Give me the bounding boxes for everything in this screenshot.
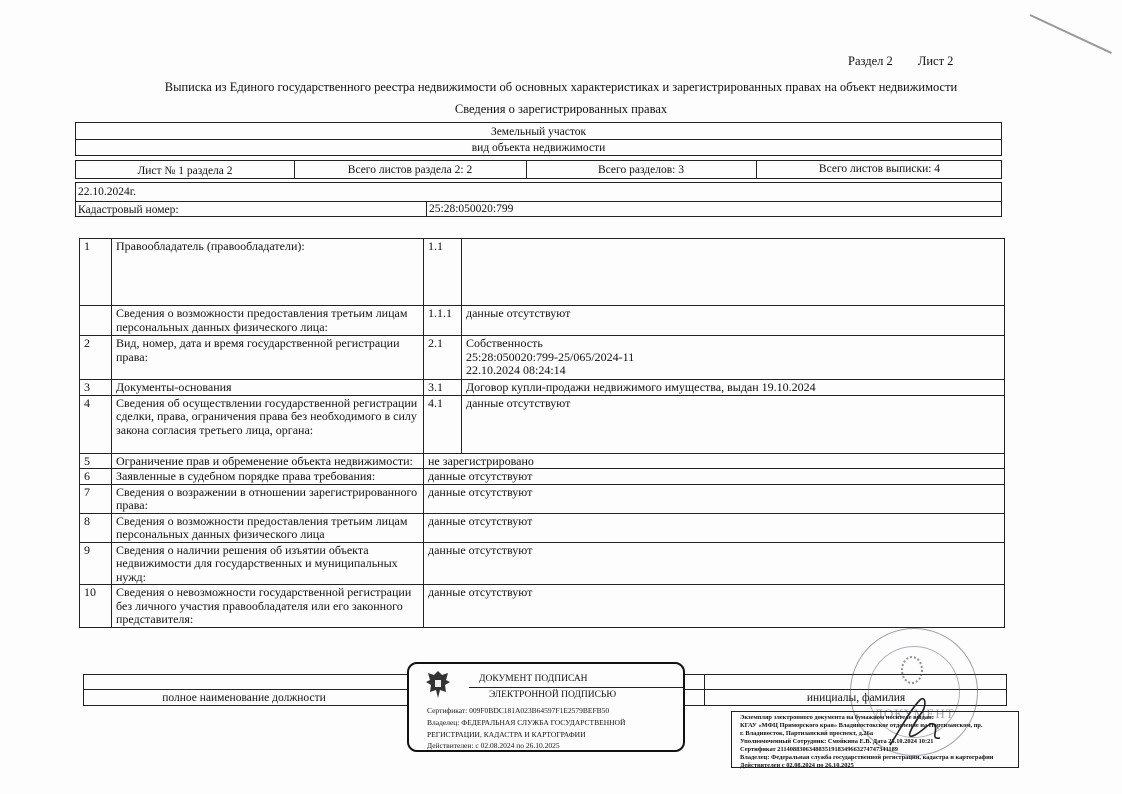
- copy-line-3: г. Владивосток, Партизанский проспект, д…: [740, 730, 1018, 738]
- copy-line-7: Действителен с 02.08.2024 по 26.10.2025: [740, 762, 1018, 770]
- row-value: данные отсутствуют: [424, 585, 1005, 628]
- table-row: 4 Сведения об осуществлении государствен…: [80, 395, 1005, 453]
- table-row: 7 Сведения о возражении в отношении заре…: [80, 484, 1005, 513]
- seal-emblem-icon: [896, 652, 928, 688]
- rights-table: 1 Правообладатель (правообладатели): 1.1…: [79, 238, 1005, 628]
- signed-line-1: ДОКУМЕНТ ПОДПИСАН: [479, 674, 588, 684]
- row-number: 9: [80, 542, 112, 585]
- scan-artifact-mark: [1030, 14, 1112, 54]
- row-number: 3: [80, 380, 112, 396]
- row-label: Сведения об осуществлении государственно…: [112, 395, 424, 453]
- row-value: данные отсутствуют: [424, 542, 1005, 585]
- row-number: 8: [80, 513, 112, 542]
- table-row: 3 Документы-основания 3.1 Договор купли-…: [80, 380, 1005, 396]
- row-number: 7: [80, 484, 112, 513]
- copy-line-5: Сертификат 21140883063488351918349663274…: [740, 746, 1018, 754]
- sheet-info-row: Лист № 1 раздела 2 Всего листов раздела …: [75, 160, 1002, 179]
- object-type-box: Земельный участок вид объекта недвижимос…: [75, 122, 1002, 156]
- row-label: Ограничение прав и обременение объекта н…: [112, 453, 424, 469]
- row-value: не зарегистрировано: [424, 453, 1005, 469]
- row-value: данные отсутствуют: [424, 513, 1005, 542]
- cadastral-number: 25:28:050020:799: [429, 203, 513, 216]
- row-number: [80, 306, 112, 336]
- registration-number: 25:28:050020:799-25/065/2024-11: [466, 351, 1001, 365]
- row-number: 10: [80, 585, 112, 628]
- table-row: 6 Заявленные в судебном порядке права тр…: [80, 469, 1005, 485]
- copy-line-1: Экземпляр электронного документа на бума…: [740, 714, 1018, 722]
- table-row: Сведения о возможности предоставления тр…: [80, 306, 1005, 336]
- sheet-of-section: Лист № 1 раздела 2: [76, 164, 294, 178]
- right-type: Собственность: [466, 337, 1001, 351]
- row-label: Сведения о наличии решения об изъятии об…: [112, 542, 424, 585]
- row-code: 2.1: [424, 336, 462, 380]
- sheet-label: Лист 2: [918, 54, 954, 68]
- row-value: данные отсутствуют: [424, 484, 1005, 513]
- document-title: Выписка из Единого государственного реес…: [0, 80, 1122, 95]
- row-number: 6: [80, 469, 112, 485]
- section-sheet-header: Раздел 2 Лист 2: [848, 54, 953, 69]
- cadastral-label: Кадастровый номер:: [78, 204, 179, 217]
- certificate-owner-2: РЕГИСТРАЦИИ, КАДАСТРА И КАРТОГРАФИИ: [427, 730, 586, 739]
- row-number: 1: [80, 239, 112, 306]
- signed-line-2: ЭЛЕКТРОННОЙ ПОДПИСЬЮ: [489, 690, 616, 700]
- table-row: 8 Сведения о возможности предоставления …: [80, 513, 1005, 542]
- row-number: 2: [80, 336, 112, 380]
- extract-date: 22.10.2024г.: [78, 186, 136, 199]
- copy-line-4: Уполномоченный Сотрудник: Смойкина Е.В. …: [740, 738, 1018, 746]
- table-row: 9 Сведения о наличии решения об изъятии …: [80, 542, 1005, 585]
- row-code: 3.1: [424, 380, 462, 396]
- section-label: Раздел 2: [848, 54, 893, 68]
- certificate-number: Сертификат: 009F0BDC181A023B64597F1E2579…: [427, 706, 609, 715]
- registration-datetime: 22.10.2024 08:24:14: [466, 364, 1001, 378]
- total-sections: Всего разделов: 3: [526, 163, 756, 177]
- copy-line-6: Владелец: Федеральная служба государстве…: [740, 754, 1018, 762]
- row-number: 4: [80, 395, 112, 453]
- row-label: Заявленные в судебном порядке права треб…: [112, 469, 424, 485]
- object-type-label: вид объекта недвижимости: [76, 141, 1001, 155]
- handwritten-signature-icon: [880, 690, 950, 760]
- row-value: данные отсутствуют: [424, 469, 1005, 485]
- coat-of-arms-icon: [423, 668, 453, 702]
- row-label: Сведения о невозможности государственной…: [112, 585, 424, 628]
- electronic-signature-stamp: ДОКУМЕНТ ПОДПИСАН ЭЛЕКТРОННОЙ ПОДПИСЬЮ С…: [407, 662, 685, 752]
- paper-copy-certification: Экземпляр электронного документа на бума…: [731, 711, 1019, 768]
- row-label: Сведения о возражении в отношении зареги…: [112, 484, 424, 513]
- document-subtitle: Сведения о зарегистрированных правах: [0, 102, 1122, 117]
- row-label: Вид, номер, дата и время государственной…: [112, 336, 424, 380]
- row-label: Сведения о возможности предоставления тр…: [112, 513, 424, 542]
- row-value: Собственность 25:28:050020:799-25/065/20…: [462, 336, 1005, 380]
- row-label: Правообладатель (правообладатели):: [112, 239, 424, 306]
- redacted-text: [466, 242, 470, 252]
- row-number: 5: [80, 453, 112, 469]
- copy-line-2: КГАУ «МФЦ Приморского края» Владивостокс…: [740, 722, 1018, 730]
- row-value: данные отсутствуют: [462, 306, 1005, 336]
- total-sheets-extract: Всего листов выписки: 4: [756, 162, 1003, 176]
- table-row: 1 Правообладатель (правообладатели): 1.1: [80, 239, 1005, 306]
- row-label: Документы-основания: [112, 380, 424, 396]
- table-row: 10 Сведения о невозможности государствен…: [80, 585, 1005, 628]
- row-value: Договор купли-продажи недвижимого имущес…: [462, 380, 1005, 396]
- object-type-value: Земельный участок: [76, 125, 1001, 139]
- row-code: 4.1: [424, 395, 462, 453]
- row-code: 1.1.1: [424, 306, 462, 336]
- row-label: Сведения о возможности предоставления тр…: [112, 306, 424, 336]
- table-row: 2 Вид, номер, дата и время государственн…: [80, 336, 1005, 380]
- position-label: полное наименование должности: [114, 691, 374, 705]
- table-row: 5 Ограничение прав и обременение объекта…: [80, 453, 1005, 469]
- owner-value-redacted: [462, 239, 1005, 306]
- row-value: данные отсутствуют: [462, 395, 1005, 453]
- date-cadastral-box: 22.10.2024г. Кадастровый номер: 25:28:05…: [75, 182, 1002, 217]
- certificate-owner-1: Владелец: ФЕДЕРАЛЬНАЯ СЛУЖБА ГОСУДАРСТВЕ…: [427, 718, 625, 727]
- certificate-validity: Действителен: с 02.08.2024 по 26.10.2025: [427, 741, 560, 750]
- row-code: 1.1: [424, 239, 462, 306]
- total-sheets-section: Всего листов раздела 2: 2: [294, 163, 526, 177]
